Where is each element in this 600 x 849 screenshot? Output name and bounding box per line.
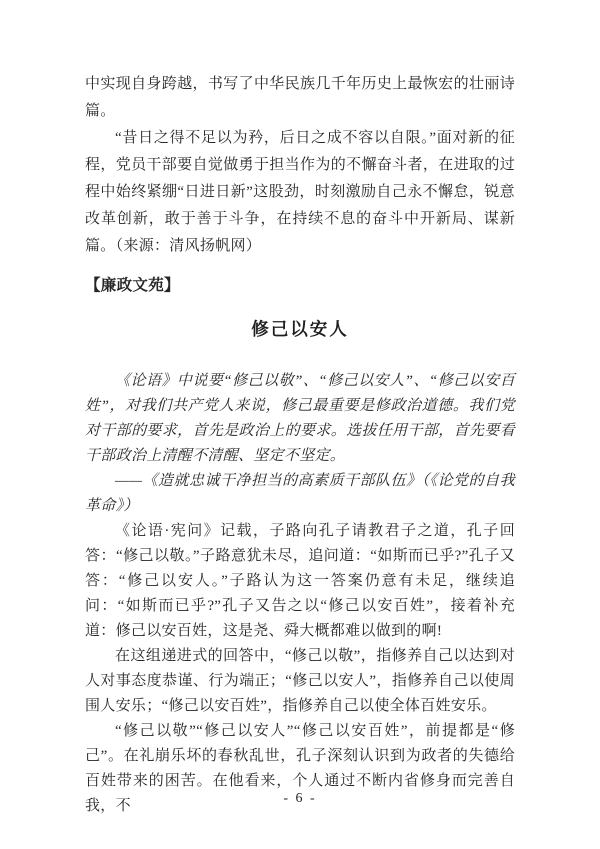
quote-attribution: ——《造就忠诚干净担当的高素质干部队伍》（《论党的自我革命》） <box>85 469 515 519</box>
document-page: 中实现自身跨越，书写了中华民族几千年历史上最恢宏的壮丽诗篇。 “昔日之得不足以为… <box>85 71 515 819</box>
article: 修己以安人 《论语》中说要“修己以敬”、“修己以安人”、“修己以安百姓”，对我们… <box>85 315 515 819</box>
intro-paragraph-continuation: 中实现自身跨越，书写了中华民族几千年历史上最恢宏的壮丽诗篇。 <box>85 71 515 125</box>
article-paragraph: 《论语·宪问》记载，子路向孔子请教君子之道，孔子回答：“修己以敬。”子路意犹未尽… <box>85 519 515 644</box>
article-title: 修己以安人 <box>85 315 515 343</box>
quote-paragraph: 《论语》中说要“修己以敬”、“修己以安人”、“修己以安百姓”，对我们共产党人来说… <box>85 369 515 469</box>
section-header: 【廉政文苑】 <box>85 272 515 299</box>
intro-paragraph: “昔日之得不足以为矜，后日之成不容以自限。”面对新的征程，党员干部要自觉做勇于担… <box>85 125 515 260</box>
page-number: - 6 - <box>0 789 600 809</box>
article-paragraph: 在这组递进式的回答中，“修己以敬”，指修养自己以达到对人对事态度恭谨、行为端正；… <box>85 644 515 719</box>
